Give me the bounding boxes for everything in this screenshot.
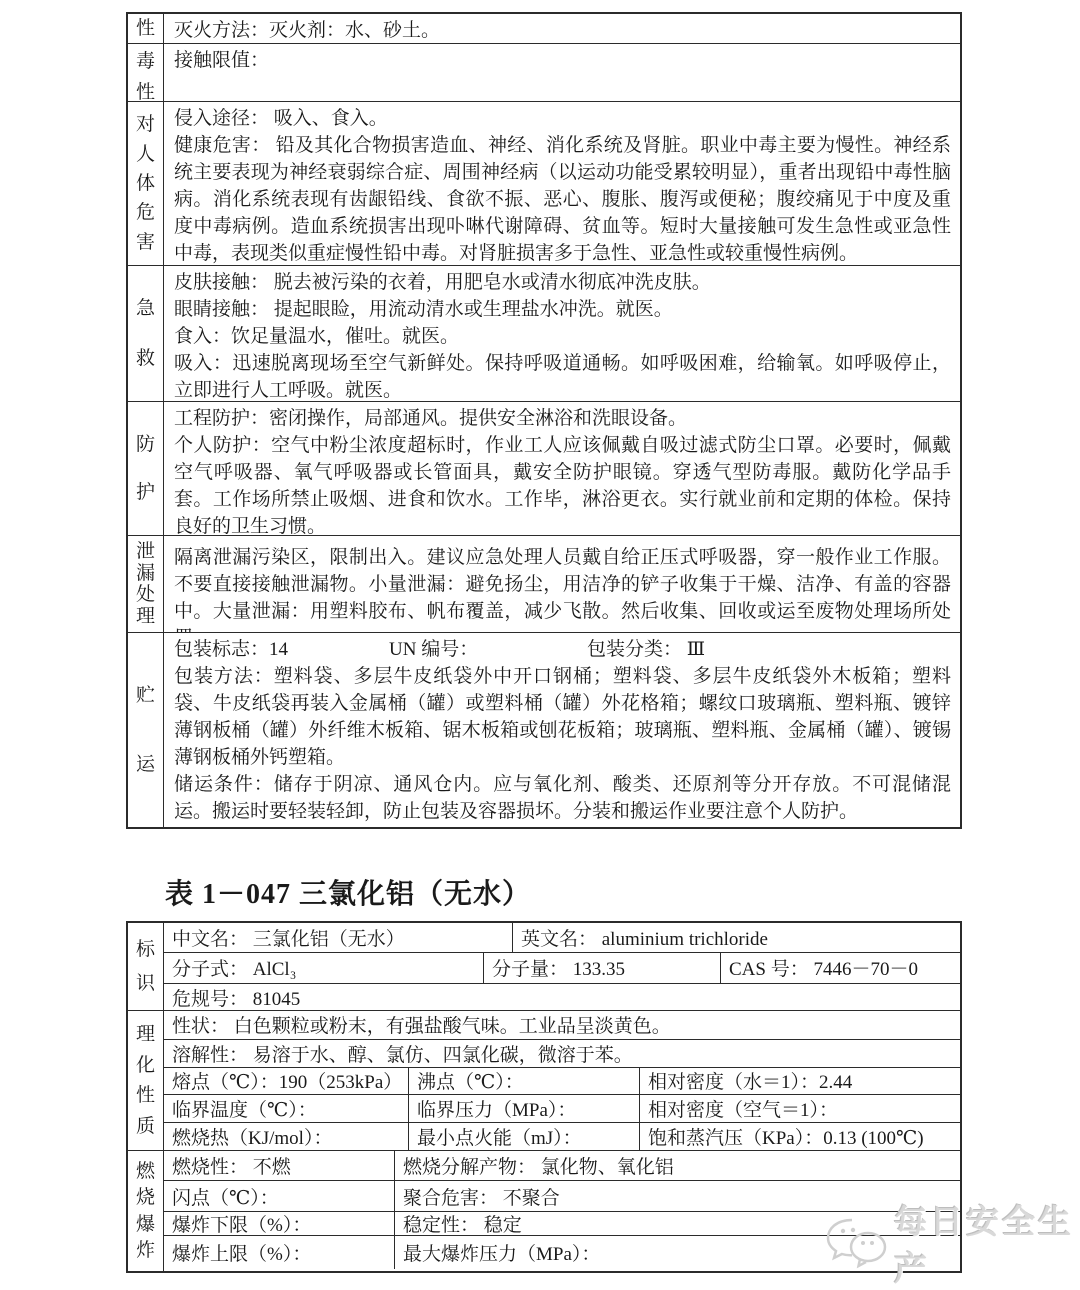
group-physicochemical: 理化性质 性状： 白色颗粒或粉末，有强盐酸气味。工业品呈淡黄色。 溶解性： 易溶… xyxy=(128,1011,960,1151)
polymerization-hazard: 聚合危害： 不聚合 xyxy=(403,1183,560,1210)
boiling-point-cell: 沸点（℃）： xyxy=(409,1068,640,1094)
molecular-formula: 分子式： AlCl₃ xyxy=(172,954,296,981)
row-content: 灭火方法：灭火剂：水、砂土。 xyxy=(164,14,960,43)
uel-cell: 爆炸上限（%）： xyxy=(164,1236,395,1269)
paragraph: 灭火方法：灭火剂：水、砂土。 xyxy=(174,17,951,43)
row-content: 包装标志：14 UN 编号： 包装分类： Ⅲ 包装方法：塑料袋、多层牛皮纸袋外中… xyxy=(164,633,960,827)
un-number: UN 编号： xyxy=(389,636,587,663)
danger-code: 危规号： 81045 xyxy=(172,984,300,1010)
table-row-toxicity: 毒性 接触限值： xyxy=(128,44,960,102)
group-label: 燃烧爆炸 xyxy=(128,1151,164,1271)
explosion-lower-limit: 爆炸下限（%）： xyxy=(172,1212,311,1235)
table-row-leak-handling: 泄漏处理 隔离泄漏污染区，限制出入。建议应急处理人员戴自给正压式呼吸器，穿一般作… xyxy=(128,536,960,633)
paragraph: 包装方法：塑料袋、多层牛皮纸袋外中开口钢桶；塑料袋、多层牛皮纸袋外木板箱；塑料袋… xyxy=(174,663,951,771)
polymerization-cell: 聚合危害： 不聚合 xyxy=(395,1181,960,1211)
relative-density-water: 相对密度（水＝1）：2.44 xyxy=(648,1068,852,1094)
cn-name: 中文名： 三氯化铝（无水） xyxy=(172,924,405,951)
hazard-info-table: 性 灭火方法：灭火剂：水、砂土。 毒性 接触限值： 对人体危害 侵入途径： 吸入… xyxy=(126,12,962,829)
row-label: 性 xyxy=(128,14,164,43)
table-row-danger-code: 危规号： 81045 xyxy=(164,984,960,1010)
formula-cell: 分子式： AlCl₃ xyxy=(164,953,484,983)
paragraph: 储运条件：储存于阴凉、通风仓内。应与氧化剂、酸类、还原剂等分开存放。不可混储混运… xyxy=(174,771,951,825)
paragraph: 接触限值： xyxy=(174,47,951,74)
solubility-cell: 溶解性： 易溶于水、醇、氯仿、四氯化碳，微溶于苯。 xyxy=(164,1040,960,1067)
max-explosion-pressure: 最大爆炸压力（MPa）： xyxy=(403,1239,600,1266)
paragraph: 皮肤接触： 脱去被污染的衣着，用肥皂水或清水彻底冲洗皮肤。 xyxy=(174,269,951,296)
table-row-critical: 临界温度（℃）： 临界压力（MPa）： 相对密度（空气＝1）： xyxy=(164,1095,960,1123)
row-label: 对人体危害 xyxy=(128,102,164,265)
lel-cell: 爆炸下限（%）： xyxy=(164,1212,395,1235)
melting-point: 熔点（℃）：190（253kPa） xyxy=(172,1068,402,1094)
danger-code-cell: 危规号： 81045 xyxy=(164,984,960,1010)
cas-cell: CAS 号： 7446－70－0 xyxy=(721,953,960,983)
density-water-cell: 相对密度（水＝1）：2.44 xyxy=(640,1068,960,1094)
saturated-vapor-pressure: 饱和蒸汽压（KPa）：0.13 (100℃) xyxy=(648,1123,924,1150)
table-row-flash-point: 闪点（℃）： 聚合危害： 不聚合 xyxy=(164,1181,960,1212)
table-row-names: 中文名： 三氯化铝（无水） 英文名： aluminium trichloride xyxy=(164,923,960,953)
paragraph: 工程防护：密闭操作，局部通风。提供安全淋浴和洗眼设备。 xyxy=(174,405,951,432)
min-ignition-cell: 最小点火能（mJ）： xyxy=(409,1123,640,1151)
paragraph: 个人防护：空气中粉尘浓度超标时，作业工人应该佩戴自吸过滤式防尘口罩。必要时，佩戴… xyxy=(174,432,951,535)
decomposition-products: 燃烧分解产物： 氯化物、氧化铝 xyxy=(403,1152,674,1179)
row-content: 工程防护：密闭操作，局部通风。提供安全淋浴和洗眼设备。 个人防护：空气中粉尘浓度… xyxy=(164,402,960,535)
packing-class: 包装分类： Ⅲ xyxy=(587,636,705,663)
appearance-cell: 性状： 白色颗粒或粉末，有强盐酸气味。工业品呈淡黄色。 xyxy=(164,1011,960,1039)
en-name: 英文名： aluminium trichloride xyxy=(521,924,768,951)
paragraph: 侵入途径： 吸入、食入。 xyxy=(174,105,951,132)
paragraph: 吸入：迅速脱离现场至空气新鲜处。保持呼吸道通畅。如呼吸困难，给输氧。如呼吸停止，… xyxy=(174,350,951,401)
max-explosion-pressure-cell: 最大爆炸压力（MPa）： xyxy=(395,1236,960,1269)
melting-point-cell: 熔点（℃）：190（253kPa） xyxy=(164,1068,409,1094)
row-content: 隔离泄漏污染区，限制出入。建议应急处理人员戴自给正压式呼吸器，穿一般作业工作服。… xyxy=(164,536,960,632)
paragraph: 健康危害： 铅及其化合物损害造血、神经、消化系统及肾脏。职业中毒主要为慢性。神经… xyxy=(174,132,951,265)
table-row-health-hazard: 对人体危害 侵入途径： 吸入、食入。 健康危害： 铅及其化合物损害造血、神经、消… xyxy=(128,102,960,266)
table-row-first-aid: 急救 皮肤接触： 脱去被污染的衣着，用肥皂水或清水彻底冲洗皮肤。 眼睛接触： 提… xyxy=(128,266,960,402)
relative-density-air: 相对密度（空气＝1）： xyxy=(648,1095,838,1122)
combustion-heat-cell: 燃烧热（KJ/mol）： xyxy=(164,1123,409,1151)
row-content: 皮肤接触： 脱去被污染的衣着，用肥皂水或清水彻底冲洗皮肤。 眼睛接触： 提起眼睑… xyxy=(164,266,960,401)
table-row-flammability: 燃烧性： 不燃 燃烧分解产物： 氯化物、氧化铝 xyxy=(164,1151,960,1181)
flash-point-cell: 闪点（℃）： xyxy=(164,1181,395,1211)
flammability-cell: 燃烧性： 不燃 xyxy=(164,1151,395,1180)
paragraph: 食入：饮足量温水，催吐。就医。 xyxy=(174,323,951,350)
explosion-upper-limit: 爆炸上限（%）： xyxy=(172,1239,311,1266)
min-ignition-energy: 最小点火能（mJ）： xyxy=(417,1123,582,1150)
stability: 稳定性： 稳定 xyxy=(403,1212,522,1235)
critical-pressure: 临界压力（MPa）： xyxy=(417,1095,576,1122)
boiling-point: 沸点（℃）： xyxy=(417,1068,524,1094)
table-row-solubility: 溶解性： 易溶于水、醇、氯仿、四氯化碳，微溶于苯。 xyxy=(164,1040,960,1068)
critical-temp-cell: 临界温度（℃）： xyxy=(164,1095,409,1122)
table-row-appearance: 性状： 白色颗粒或粉末，有强盐酸气味。工业品呈淡黄色。 xyxy=(164,1011,960,1040)
table-row-melting-boiling: 熔点（℃）：190（253kPa） 沸点（℃）： 相对密度（水＝1）：2.44 xyxy=(164,1068,960,1095)
row-label: 急救 xyxy=(128,266,164,401)
table-row-protection: 防护 工程防护：密闭操作，局部通风。提供安全淋浴和洗眼设备。 个人防护：空气中粉… xyxy=(128,402,960,536)
row-label: 泄漏处理 xyxy=(128,536,164,632)
table-row-fire-extinguishing: 性 灭火方法：灭火剂：水、砂土。 xyxy=(128,14,960,44)
group-identification: 标识 中文名： 三氯化铝（无水） 英文名： aluminium trichlor… xyxy=(128,923,960,1011)
table-row-formula: 分子式： AlCl₃ 分子量： 133.35 CAS 号： 7446－70－0 xyxy=(164,953,960,984)
critical-pressure-cell: 临界压力（MPa）： xyxy=(409,1095,640,1122)
table-row-storage-transport: 贮运 包装标志：14 UN 编号： 包装分类： Ⅲ 包装方法：塑料袋、多层牛皮纸… xyxy=(128,633,960,827)
appearance: 性状： 白色颗粒或粉末，有强盐酸气味。工业品呈淡黄色。 xyxy=(172,1011,671,1038)
solubility: 溶解性： 易溶于水、醇、氯仿、四氯化碳，微溶于苯。 xyxy=(172,1040,633,1067)
cas-number: CAS 号： 7446－70－0 xyxy=(729,954,918,981)
packing-mark: 包装标志：14 xyxy=(174,636,389,663)
flammability: 燃烧性： 不燃 xyxy=(172,1152,291,1179)
paragraph: 眼睛接触： 提起眼睑，用流动清水或生理盐水冲洗。就医。 xyxy=(174,296,951,323)
row-label: 毒性 xyxy=(128,44,164,101)
stability-cell: 稳定性： 稳定 xyxy=(395,1212,960,1235)
group-label: 标识 xyxy=(128,923,164,1010)
table-row-uel: 爆炸上限（%）： 最大爆炸压力（MPa）： xyxy=(164,1236,960,1269)
chemical-id-table: 标识 中文名： 三氯化铝（无水） 英文名： aluminium trichlor… xyxy=(126,921,962,1273)
cn-name-cell: 中文名： 三氯化铝（无水） xyxy=(164,923,513,952)
paragraph: 隔离泄漏污染区，限制出入。建议应急处理人员戴自给正压式呼吸器，穿一般作业工作服。… xyxy=(174,544,951,632)
section-title: 表 1－047 三氯化铝（无水） xyxy=(165,872,531,912)
group-combustion-explosion: 燃烧爆炸 燃烧性： 不燃 燃烧分解产物： 氯化物、氧化铝 闪点（℃）： 聚合危害… xyxy=(128,1151,960,1271)
combustion-heat: 燃烧热（KJ/mol）： xyxy=(172,1123,332,1150)
decomposition-cell: 燃烧分解产物： 氯化物、氧化铝 xyxy=(395,1151,960,1180)
en-name-cell: 英文名： aluminium trichloride xyxy=(513,923,960,952)
critical-temperature: 临界温度（℃）： xyxy=(172,1095,317,1122)
group-label: 理化性质 xyxy=(128,1011,164,1150)
mol-weight-cell: 分子量： 133.35 xyxy=(484,953,721,983)
row-label: 防护 xyxy=(128,402,164,535)
row-label: 贮运 xyxy=(128,633,164,827)
flash-point: 闪点（℃）： xyxy=(172,1183,279,1210)
molecular-weight: 分子量： 133.35 xyxy=(492,954,625,981)
packing-fields: 包装标志：14 UN 编号： 包装分类： Ⅲ xyxy=(174,636,951,663)
table-row-lel: 爆炸下限（%）： 稳定性： 稳定 xyxy=(164,1212,960,1236)
sat-vapor-cell: 饱和蒸汽压（KPa）：0.13 (100℃) xyxy=(640,1123,960,1151)
density-air-cell: 相对密度（空气＝1）： xyxy=(640,1095,960,1122)
table-row-heat-ignition: 燃烧热（KJ/mol）： 最小点火能（mJ）： 饱和蒸汽压（KPa）：0.13 … xyxy=(164,1123,960,1151)
row-content: 侵入途径： 吸入、食入。 健康危害： 铅及其化合物损害造血、神经、消化系统及肾脏… xyxy=(164,102,960,265)
row-content: 接触限值： xyxy=(164,44,960,101)
